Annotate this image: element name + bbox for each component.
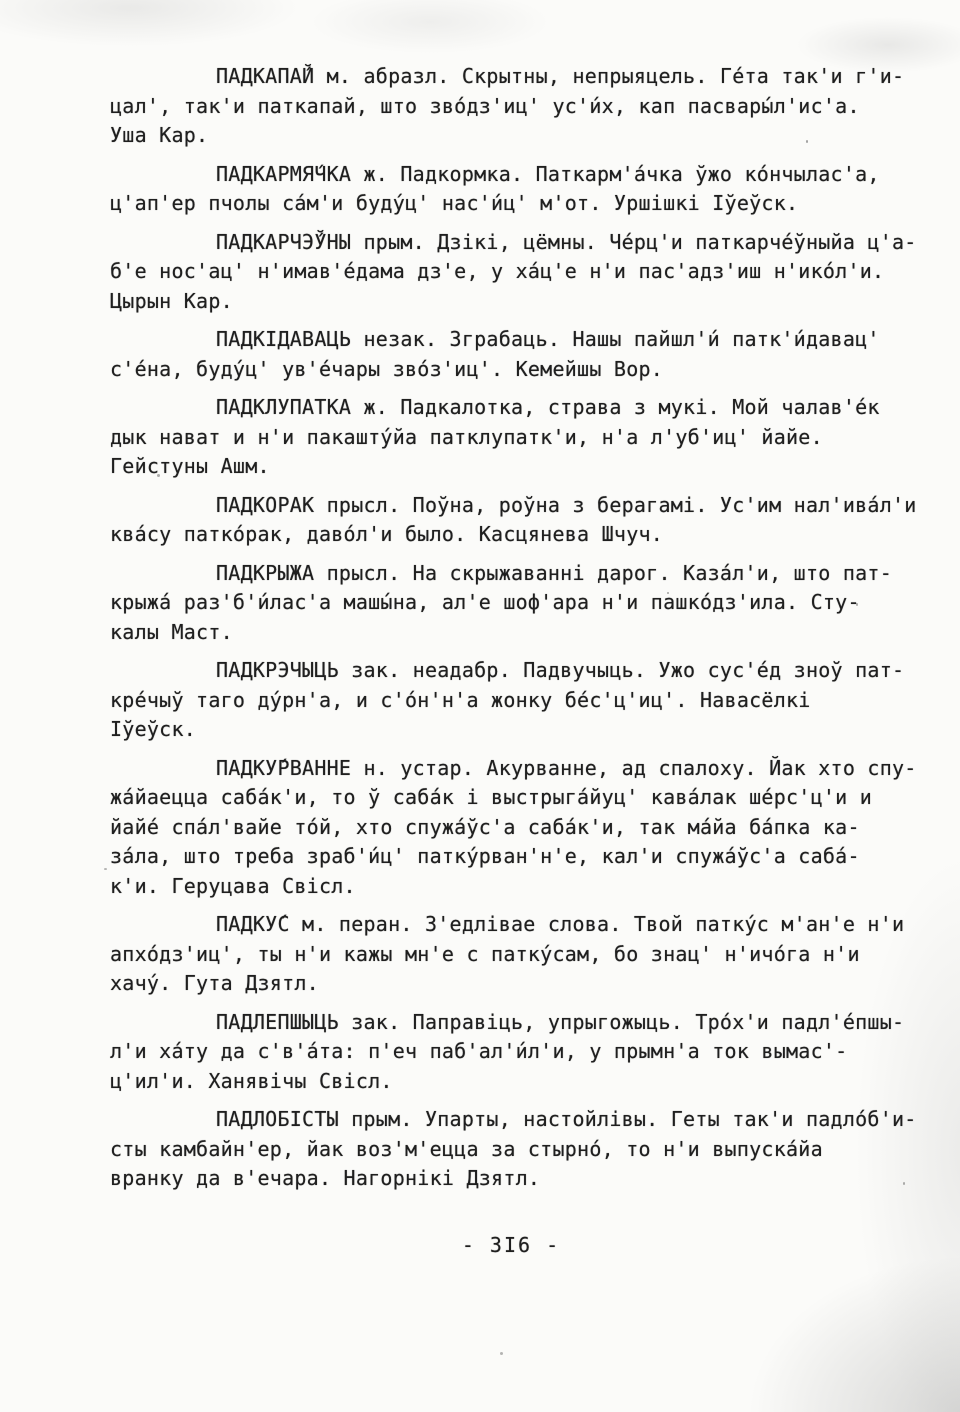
- entry-line: апхо́дз'иц', ты н'и кажы мн'е с патку́са…: [110, 940, 912, 970]
- entry-padkryzha: ПАДКРЫЖА прысл. На скрыжаванні дарог. Ка…: [110, 559, 912, 648]
- entry-line: л'и ха́ту да с'в'а́та: п'еч паб'ал'и́л'и…: [110, 1037, 912, 1067]
- entry-line: ц'ил'и. Ханявічы Свісл.: [110, 1067, 912, 1097]
- page-number: - ЗІ6 -: [110, 1233, 912, 1257]
- entry-padklupatka: ПАДКЛУПАТКА ж. Падкалотка, страва з мукі…: [110, 393, 912, 482]
- entry-line: ква́су патко́рак, даво́л'и было. Касцяне…: [110, 520, 912, 550]
- entry-padkus: ПАДКУ́С м. перан. З'едлівае слова. Твой …: [110, 910, 912, 999]
- entry-line: вранку да в'ечара. Нагорнікі Дзятл.: [110, 1164, 912, 1194]
- entry-padkapai: ПАДКАПА́Й м. абразл. Скрытны, непрыяцель…: [110, 62, 912, 151]
- entry-padkarmyachka: ПАДКАРМЯ́ЧКА ж. Падкормка. Паткарм'а́чка…: [110, 160, 912, 219]
- entry-line: жа́йаецца саба́к'и, то ў саба́к і выстры…: [110, 783, 912, 813]
- entry-padkidavats: ПАДКІДАВАЦЬ незак. Зграбаць. Нашы пайшл'…: [110, 325, 912, 384]
- entry-padkarcheuny: ПАДКАРЧЭ́ЎНЫ прым. Дзікі, цёмны. Че́рц'и…: [110, 228, 912, 317]
- entry-line: кре́чыў таго ду́рн'а, и с'о́н'н'а жонку …: [110, 686, 912, 716]
- entry-line: крыжа́ раз'б'и́лас'а машы́на, ал'е шоф'а…: [110, 588, 912, 618]
- entry-line: ПАДКАРЧЭ́ЎНЫ прым. Дзікі, цёмны. Че́рц'и…: [110, 228, 912, 258]
- entry-line: с'е́на, буду́ц' ув'е́чары зво́з'иц'. Кем…: [110, 355, 912, 385]
- entry-line: сты камбайн'ер, йак воз'м'ецца за стырно…: [110, 1135, 912, 1165]
- entry-line: ПАДЛЕПШЫЦЬ зак. Паправіць, упрыгожыць. Т…: [110, 1008, 912, 1038]
- dictionary-text: ПАДКАПА́Й м. абразл. Скрытны, непрыяцель…: [110, 62, 912, 1203]
- entry-line: ПАДКОРАК прысл. Поўна, роўна з берагамі.…: [110, 491, 912, 521]
- entry-padkorak: ПАДКОРАК прысл. Поўна, роўна з берагамі.…: [110, 491, 912, 550]
- entry-line: Гейстуны Ашм.: [110, 452, 912, 482]
- entry-line: калы Маст.: [110, 618, 912, 648]
- entry-line: ПАДКУ́РВАННЕ н. устар. Акурванне, ад спа…: [110, 754, 912, 784]
- entry-line: цал', так'и паткапай, што зво́дз'иц' ус'…: [110, 92, 912, 122]
- entry-line: Уша Кар.: [110, 121, 912, 151]
- entry-line: Іўеўск.: [110, 715, 912, 745]
- entry-line: йайе́ спа́л'вайе то́й, хто спужа́ўс'а са…: [110, 813, 912, 843]
- entry-line: ПАДЛОБІСТЫ прым. Упарты, настойлівы. Гет…: [110, 1105, 912, 1135]
- entry-line: ПАДКЛУПАТКА ж. Падкалотка, страва з мукі…: [110, 393, 912, 423]
- entry-line: Цырын Кар.: [110, 287, 912, 317]
- entry-line: дык нават и н'и пакашту́йа патклупатк'и,…: [110, 423, 912, 453]
- entry-line: ПАДКРЭЧЫЦЬ зак. неадабр. Падвучыць. Ужо …: [110, 656, 912, 686]
- ink-speck: [104, 868, 107, 870]
- entry-line: б'е нос'ац' н'имав'е́дама дз'е, у ха́ц'е…: [110, 257, 912, 287]
- entry-line: за́ла, што треба зраб'и́ц' патку́рван'н'…: [110, 842, 912, 872]
- scanned-page: ПАДКАПА́Й м. абразл. Скрытны, непрыяцель…: [0, 0, 960, 1412]
- entry-line: ПАДКІДАВАЦЬ незак. Зграбаць. Нашы пайшл'…: [110, 325, 912, 355]
- entry-line: ПАДКАПА́Й м. абразл. Скрытны, непрыяцель…: [110, 62, 912, 92]
- entry-padlobisty: ПАДЛОБІСТЫ прым. Упарты, настойлівы. Гет…: [110, 1105, 912, 1194]
- entry-line: ПАДКАРМЯ́ЧКА ж. Падкормка. Паткарм'а́чка…: [110, 160, 912, 190]
- entry-line: ПАДКУ́С м. перан. З'едлівае слова. Твой …: [110, 910, 912, 940]
- entry-line: к'и. Геруцава Свісл.: [110, 872, 912, 902]
- entry-padkrechyts: ПАДКРЭЧЫЦЬ зак. неадабр. Падвучыць. Ужо …: [110, 656, 912, 745]
- entry-line: хачу́. Гута Дзятл.: [110, 969, 912, 999]
- ink-speck: [500, 1352, 503, 1355]
- entry-line: ПАДКРЫЖА прысл. На скрыжаванні дарог. Ка…: [110, 559, 912, 589]
- entry-line: ц'ап'ер пчолы са́м'и буду́ц' нас'и́ц' м'…: [110, 189, 912, 219]
- entry-padlepshyts: ПАДЛЕПШЫЦЬ зак. Паправіць, упрыгожыць. Т…: [110, 1008, 912, 1097]
- entry-padkurvanne: ПАДКУ́РВАННЕ н. устар. Акурванне, ад спа…: [110, 754, 912, 902]
